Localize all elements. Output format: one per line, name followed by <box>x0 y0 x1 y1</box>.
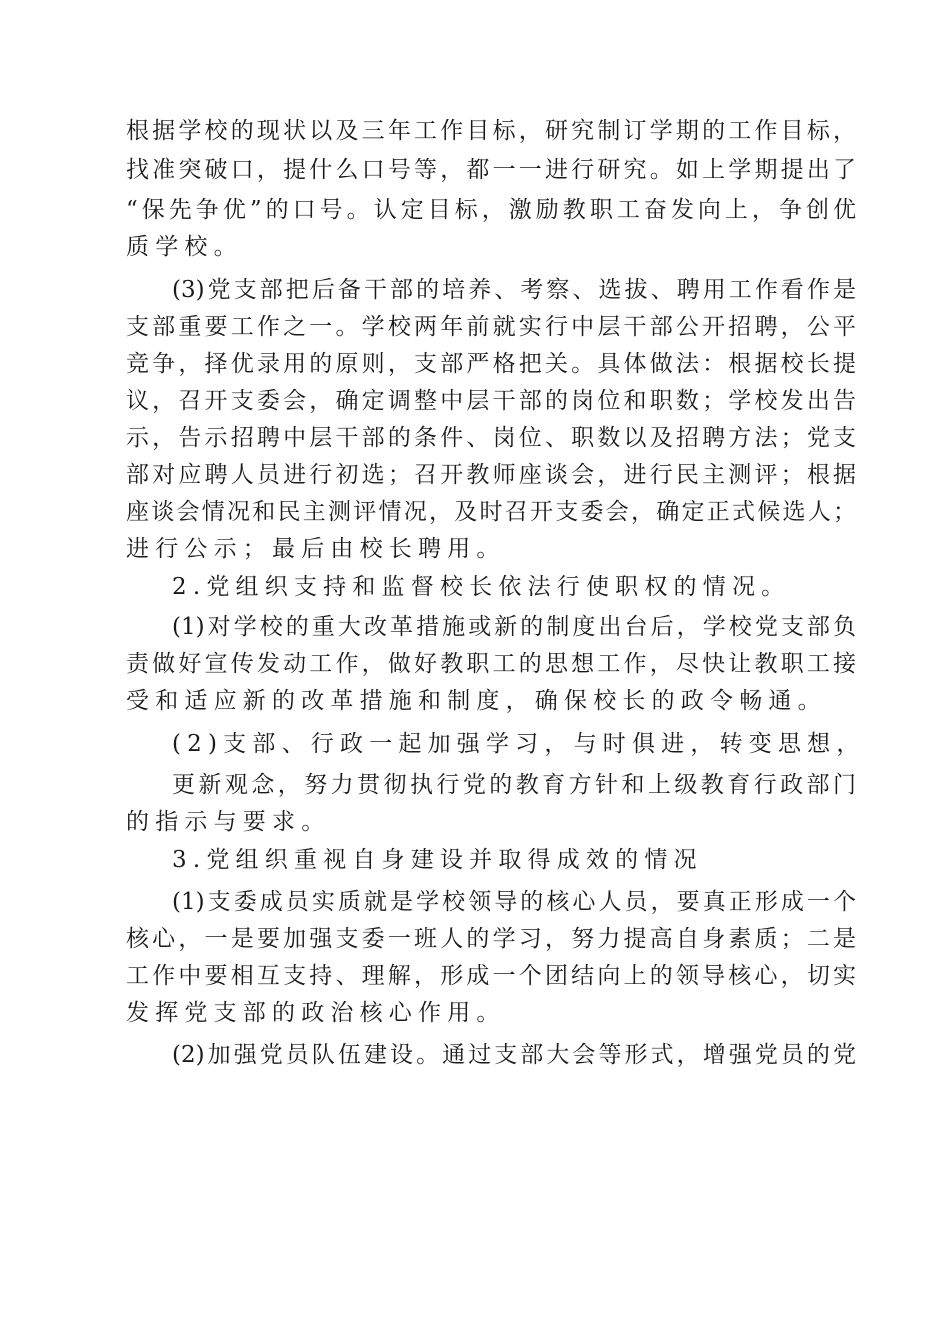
text-line: 的指示与要求。 <box>126 807 856 837</box>
text-line: 竞争，择优录用的原则，支部严格把关。具体做法：根据校长提 <box>126 349 856 379</box>
text-line: 示，告示招聘中层干部的条件、岗位、职数以及招聘方法；党支 <box>126 423 856 453</box>
text-line: 进行公示；最后由校长聘用。 <box>126 534 856 564</box>
text-line: “保先争优”的口号。认定目标，激励教职工奋发向上，争创优 <box>126 195 856 225</box>
text-line: 根据学校的现状以及三年工作目标，研究制订学期的工作目标， <box>126 116 856 146</box>
text-line: 工作中要相互支持、理解，形成一个团结向上的领导核心，切实 <box>126 961 856 991</box>
text-line: 座谈会情况和民主测评情况，及时召开支委会，确定正式候选人； <box>126 497 856 527</box>
text-line: (3)党支部把后备干部的培养、考察、选拔、聘用工作看作是 <box>172 275 856 305</box>
text-line: 责做好宣传发动工作，做好教职工的思想工作，尽快让教职工接 <box>126 649 856 679</box>
text-line: 找准突破口，提什么口号等，都一一进行研究。如上学期提出了 <box>126 155 856 185</box>
text-line: (1)对学校的重大改革措施或新的制度出台后，学校党支部负 <box>172 612 856 642</box>
text-line: 部对应聘人员进行初选；召开教师座谈会，进行民主测评；根据 <box>126 460 856 490</box>
text-line: 核心，一是要加强支委一班人的学习，努力提高自身素质；二是 <box>126 924 856 954</box>
text-line: (2)加强党员队伍建设。通过支部大会等形式，增强党员的党 <box>172 1040 856 1070</box>
text-line: (2)支部、行政一起加强学习，与时俱进，转变思想， <box>172 729 856 759</box>
text-line: 质学校。 <box>126 232 856 262</box>
heading-text: 2.党组织支持和监督校长依法行使职权的情况。 <box>172 572 856 602</box>
document-page: 根据学校的现状以及三年工作目标，研究制订学期的工作目标， 找准突破口，提什么口号… <box>0 0 950 1343</box>
text-line: 议，召开支委会，确定调整中层干部的岗位和职数；学校发出告 <box>126 386 856 416</box>
text-line: 受和适应新的改革措施和制度，确保校长的政令畅通。 <box>126 686 856 716</box>
text-line: 更新观念，努力贯彻执行党的教育方针和上级教育行政部门 <box>172 770 856 800</box>
heading-text: 3.党组织重视自身建设并取得成效的情况 <box>172 845 856 875</box>
text-line: (1)支委成员实质就是学校领导的核心人员，要真正形成一个 <box>172 887 856 917</box>
text-line: 发挥党支部的政治核心作用。 <box>126 998 856 1028</box>
text-line: 支部重要工作之一。学校两年前就实行中层干部公开招聘，公平 <box>126 312 856 342</box>
